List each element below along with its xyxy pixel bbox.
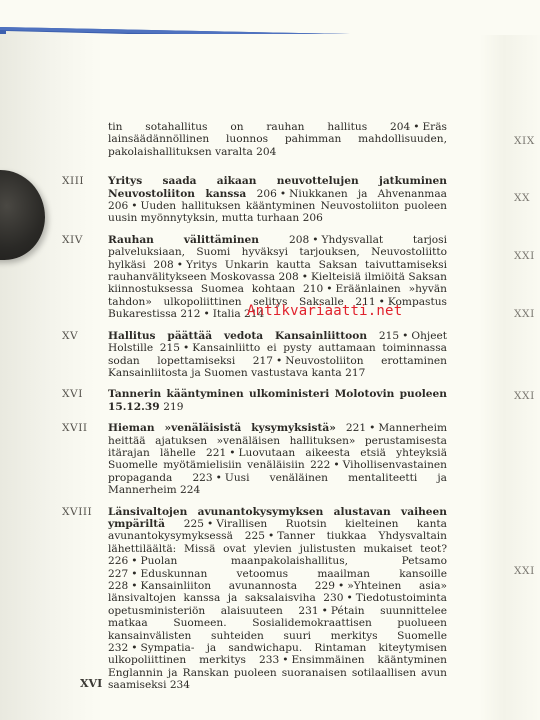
bullet-separator: •	[319, 605, 331, 617]
chapter-title: Hieman »venäläisistä kysymyksistä»	[108, 422, 346, 434]
toc-subentry: 221	[346, 422, 366, 434]
chapter-title: Hallitus päättää vedota Kansainliittoon	[108, 330, 379, 342]
toc-continuation: tin sotahallitus on rauhan hallitus 204•…	[62, 121, 447, 158]
book-cover-edge	[0, 22, 460, 34]
chapter-number: XV	[62, 330, 108, 380]
bullet-separator: •	[180, 342, 192, 354]
bullet-separator: •	[128, 642, 140, 654]
chapter-text: Länsivaltojen avunantokysymyksen alustav…	[108, 506, 447, 692]
toc-entry: XVIIHieman »venäläisistä kysymyksistä» 2…	[62, 422, 447, 496]
chapter-number: XIV	[62, 234, 108, 321]
bullet-separator: •	[128, 555, 140, 567]
bullet-separator: •	[277, 188, 289, 200]
toc-subentry: Uuden hallituksen kääntyminen Neuvostoli…	[108, 200, 447, 224]
bullet-separator: •	[226, 447, 238, 459]
chapter-number	[62, 121, 108, 158]
page-number: XVI	[80, 677, 102, 690]
bullet-separator: •	[128, 200, 140, 212]
toc-entry: XVHallitus päättää vedota Kansainliittoo…	[62, 330, 447, 380]
table-of-contents: tin sotahallitus on rauhan hallitus 204•…	[62, 121, 447, 701]
chapter-text: Tannerin kääntyminen ulkoministeri Molot…	[108, 388, 447, 413]
bullet-separator: •	[174, 259, 186, 271]
toc-subentry: 208	[289, 234, 309, 246]
bullet-separator: •	[343, 592, 355, 604]
facing-chapter-number: XX	[514, 192, 530, 204]
bullet-separator: •	[265, 530, 277, 542]
toc-entry: XVITannerin kääntyminen ulkoministeri Mo…	[62, 388, 447, 413]
bullet-separator: •	[330, 459, 342, 471]
bullet-separator: •	[410, 121, 422, 133]
facing-chapter-number: XXI	[514, 390, 535, 402]
toc-subentry: 215	[379, 330, 399, 342]
watermark: Antikvariaatti.net	[247, 303, 402, 319]
toc-entry: XVIIILänsivaltojen avunantokysymyksen al…	[62, 506, 447, 692]
facing-chapter-number: XIX	[514, 135, 535, 147]
chapter-title: Rauhan välittäminen	[108, 234, 289, 246]
facing-chapter-number: XXI	[514, 308, 535, 320]
chapter-number: XVI	[62, 388, 108, 413]
chapter-number: XVIII	[62, 506, 108, 692]
toc-subentry: 225	[184, 518, 204, 530]
bullet-separator: •	[335, 580, 347, 592]
toc-entry: XIIIYritys saada aikaan neuvottelujen ja…	[62, 175, 447, 225]
toc-subentry: 206	[257, 188, 277, 200]
chapter-text: Hallitus päättää vedota Kansainliittoon …	[108, 330, 447, 380]
bullet-separator: •	[204, 518, 216, 530]
toc-subentry: tin sotahallitus on rauhan hallitus 204	[108, 121, 410, 133]
bullet-separator: •	[279, 654, 291, 666]
bullet-separator: •	[273, 355, 285, 367]
chapter-number: XIII	[62, 175, 108, 225]
bullet-separator: •	[299, 271, 311, 283]
facing-chapter-number: XXI	[514, 250, 535, 262]
bullet-separator: •	[366, 422, 378, 434]
bullet-separator: •	[213, 472, 225, 484]
chapter-title: Tannerin kääntyminen ulkoministeri Molot…	[108, 388, 447, 412]
bullet-separator: •	[323, 283, 335, 295]
chapter-text: Hieman »venäläisistä kysymyksistä» 221•M…	[108, 422, 447, 496]
bullet-separator: •	[309, 234, 321, 246]
bullet-separator: •	[201, 308, 213, 320]
chapter-text: Yritys saada aikaan neuvottelujen jatkum…	[108, 175, 447, 225]
chapter-text: tin sotahallitus on rauhan hallitus 204•…	[108, 121, 447, 158]
bullet-separator: •	[128, 580, 140, 592]
toc-subentry: 219	[163, 401, 183, 413]
chapter-number: XVII	[62, 422, 108, 496]
bullet-separator: •	[399, 330, 411, 342]
toc-subentry: Kansainliiton avunannosta 229	[140, 580, 335, 592]
bullet-separator: •	[128, 568, 140, 580]
facing-chapter-number: XXI	[514, 565, 535, 577]
